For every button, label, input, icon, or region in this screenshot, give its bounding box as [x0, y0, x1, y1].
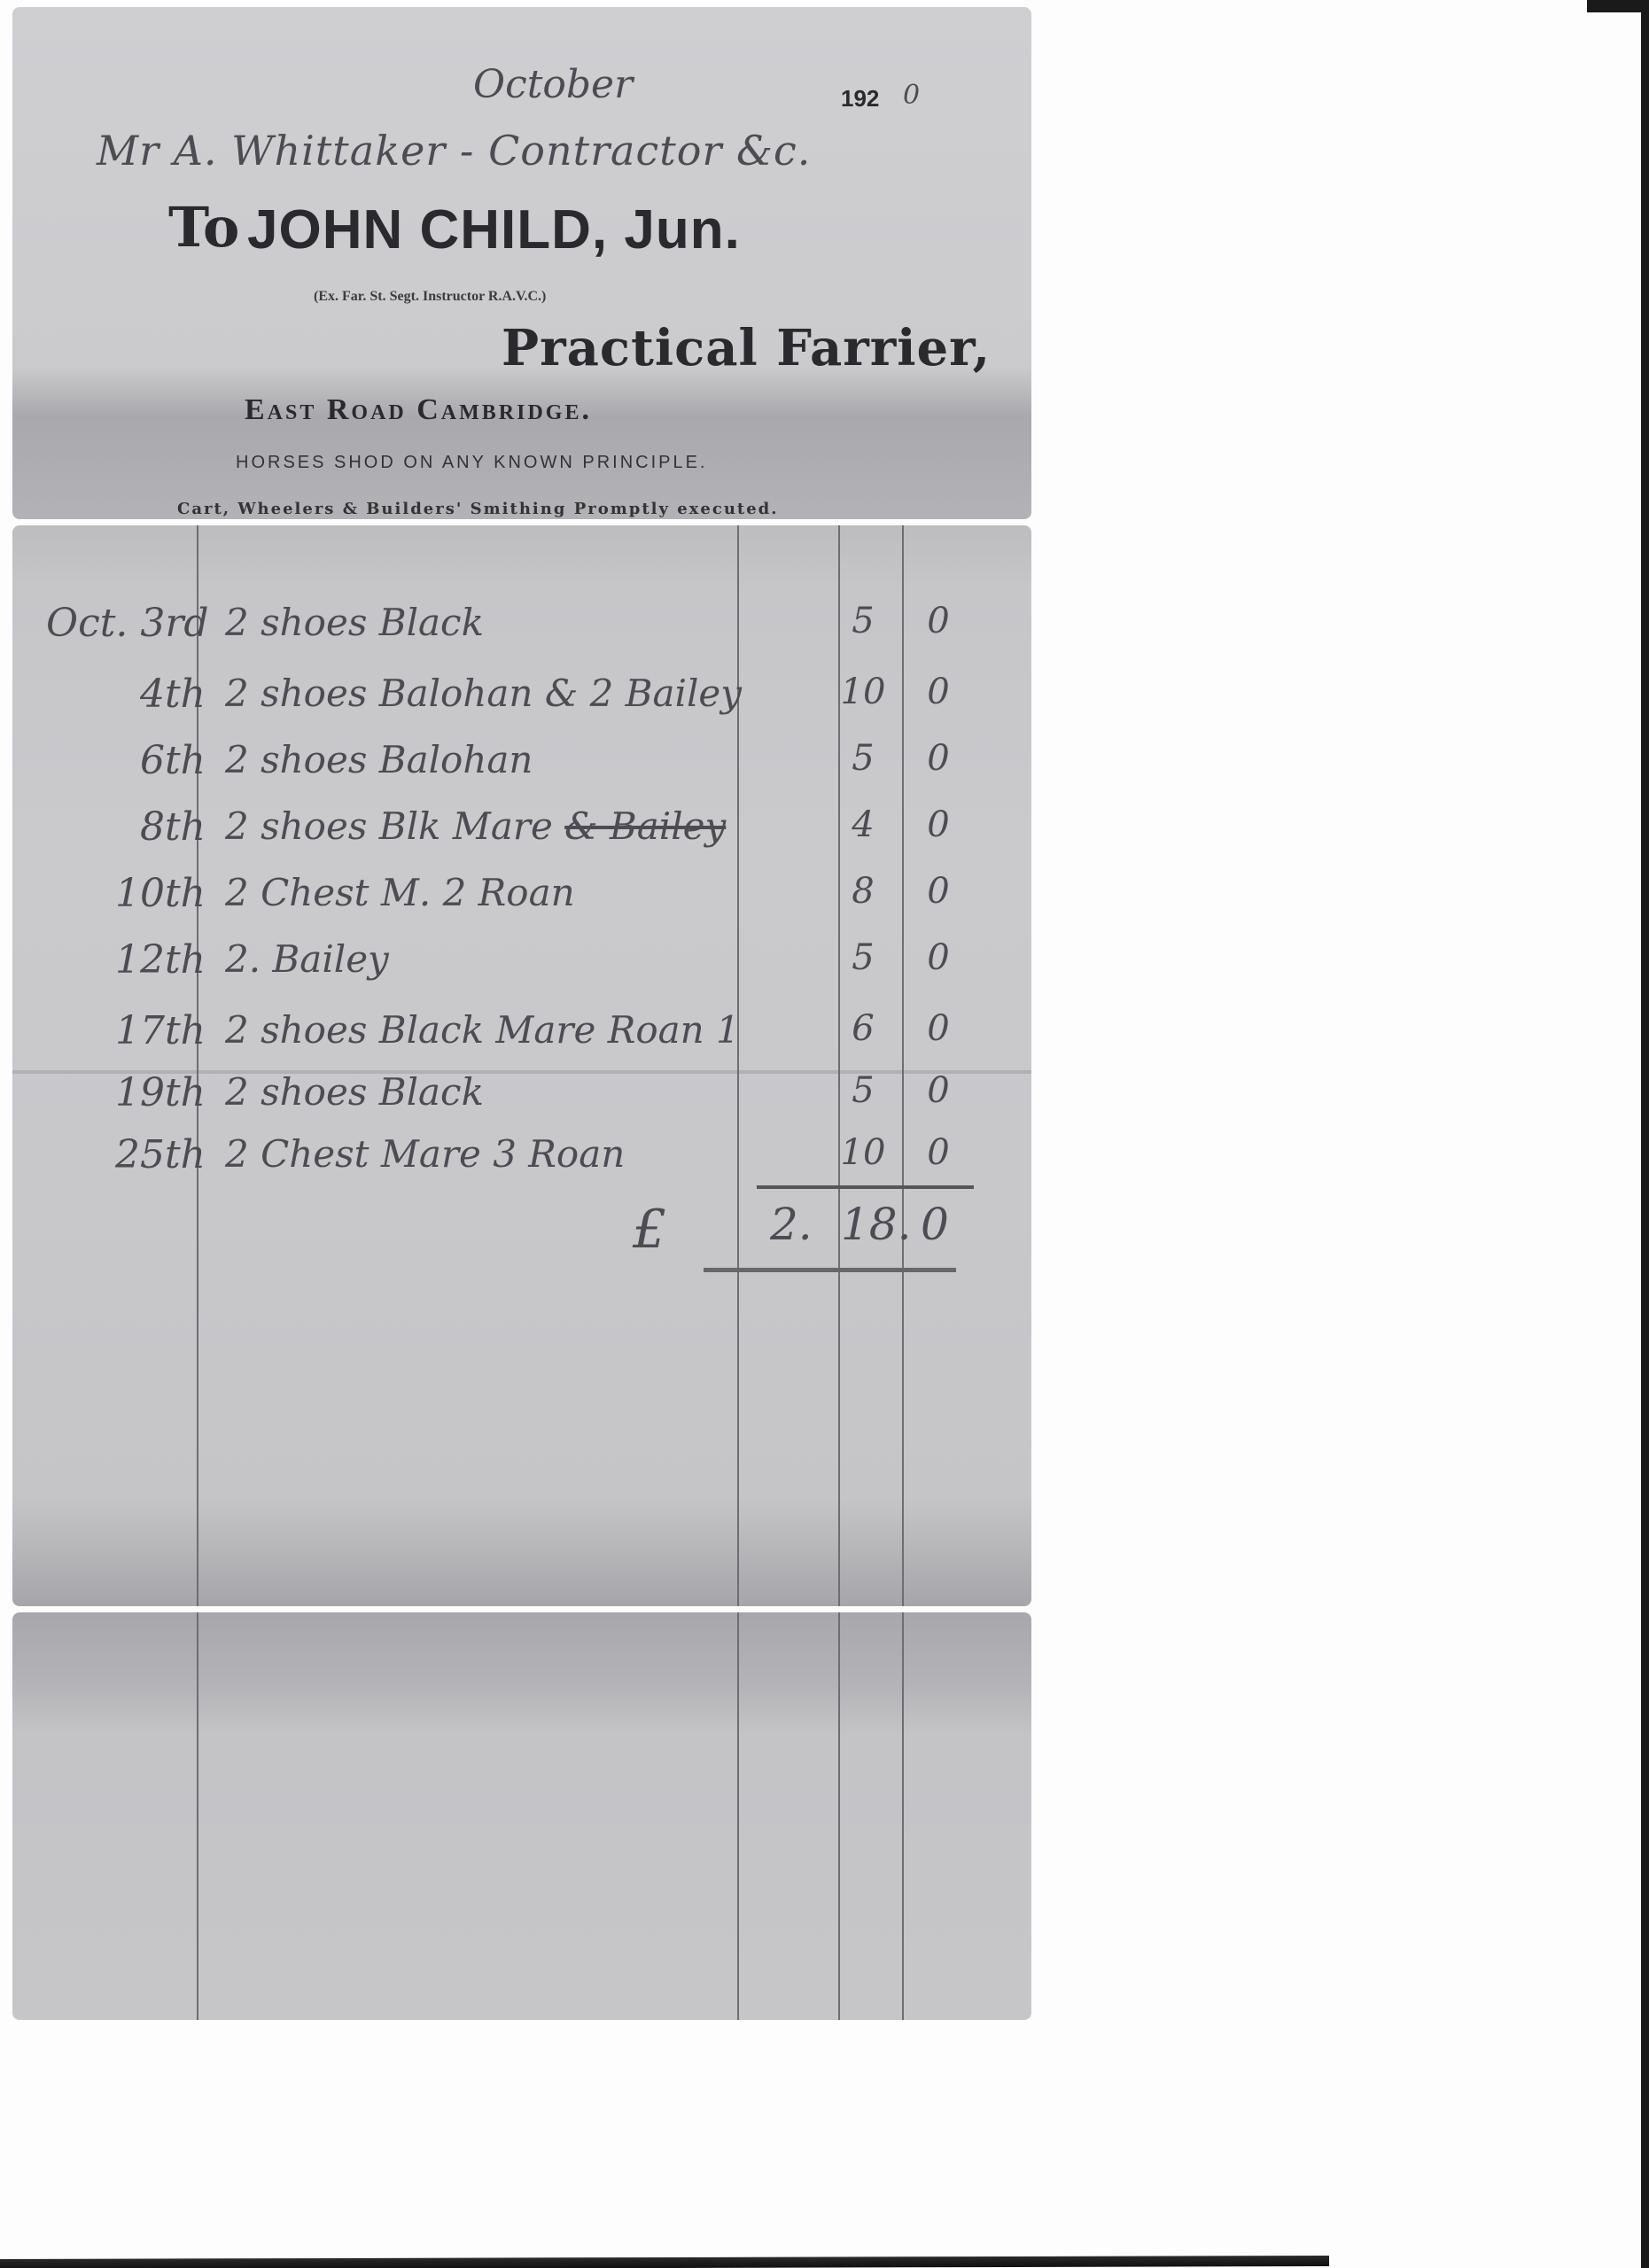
- to-prefix: To: [168, 195, 239, 260]
- line-item-pence: 0: [916, 937, 961, 978]
- firm-name: JOHN CHILD, Jun.: [247, 198, 741, 261]
- invoice-letterhead: October 192 0 Mr A. Whittaker - Contract…: [12, 7, 1031, 519]
- line-item-pence: 0: [916, 1132, 961, 1173]
- struck-text: & Bailey: [564, 804, 726, 848]
- line-item-date: 8th: [46, 804, 206, 850]
- line-item: 17th 2 shoes Black Mare Roan 1 6 0: [12, 1008, 1031, 1070]
- line-item-shillings: 10: [836, 1132, 890, 1173]
- invoice-lower-fold: [12, 1612, 1031, 2020]
- scanner-edge-right: [1641, 0, 1649, 2268]
- line-item-description: 2 shoes Balohan: [225, 738, 533, 781]
- line-item-description: 2 shoes Black Mare Roan 1: [225, 1008, 740, 1052]
- line-item: 4th 2 shoes Balohan & 2 Bailey 10 0: [12, 672, 1031, 734]
- total-pence: 0: [921, 1199, 949, 1250]
- line-item-shillings: 5: [836, 738, 890, 779]
- line-item-pence: 0: [916, 601, 961, 641]
- total-shillings: 18.: [841, 1199, 912, 1250]
- line-item-date: 4th: [46, 672, 206, 717]
- line-item: 19th 2 shoes Black 5 0: [12, 1070, 1031, 1132]
- line-item-shillings: 10: [836, 672, 890, 712]
- firm-trade: Practical Farrier,: [502, 319, 991, 377]
- invoice-total: £ 2. 18. 0: [12, 1199, 1031, 1270]
- line-item-description: 2 shoes Balohan & 2 Bailey: [225, 672, 742, 715]
- line-item-pence: 0: [916, 871, 961, 912]
- line-item-shillings: 6: [836, 1008, 890, 1049]
- line-item-date: 17th: [46, 1008, 206, 1053]
- line-item-date: 12th: [46, 937, 206, 983]
- invoice-year-printed: 192: [841, 85, 879, 113]
- pounds-column-divider: [737, 1612, 739, 2020]
- line-item-shillings: 5: [836, 601, 890, 641]
- date-column-divider: [197, 1612, 198, 2020]
- shillings-column-divider: [838, 1612, 840, 2020]
- firm-address: East Road Cambridge.: [245, 393, 592, 427]
- line-item-description: 2 shoes Black: [225, 601, 484, 644]
- line-item-description: 2 shoes Black: [225, 1070, 484, 1114]
- line-item-pence: 0: [916, 1008, 961, 1049]
- pence-column-divider: [902, 1612, 904, 2020]
- invoice-month: October: [473, 62, 633, 107]
- line-item-shillings: 4: [836, 804, 890, 845]
- line-item-shillings: 5: [836, 1070, 890, 1111]
- total-pounds: 2.: [770, 1199, 813, 1250]
- line-item-description: 2. Bailey: [225, 937, 389, 981]
- firm-motto: HORSES SHOD ON ANY KNOWN PRINCIPLE.: [236, 453, 708, 473]
- total-rule: [757, 1185, 974, 1189]
- line-item: 8th 2 shoes Blk Mare & Bailey 4 0: [12, 804, 1031, 866]
- line-item-description: 2 shoes Blk Mare & Bailey: [225, 804, 726, 848]
- line-item-description: 2 Chest M. 2 Roan: [225, 871, 575, 914]
- line-item-shillings: 5: [836, 937, 890, 978]
- line-item: 6th 2 shoes Balohan 5 0: [12, 738, 1031, 800]
- line-item-pence: 0: [916, 1070, 961, 1111]
- line-item-description: 2 Chest Mare 3 Roan: [225, 1132, 625, 1176]
- invoice-year-handwritten: 0: [903, 80, 920, 111]
- firm-credentials: (Ex. Far. St. Segt. Instructor R.A.V.C.): [314, 289, 546, 305]
- line-item-pence: 0: [916, 738, 961, 779]
- invoice-document: October 192 0 Mr A. Whittaker - Contract…: [12, 7, 1031, 2020]
- line-item-date: 10th: [46, 871, 206, 916]
- line-item: 10th 2 Chest M. 2 Roan 8 0: [12, 871, 1031, 933]
- line-item-pence: 0: [916, 804, 961, 845]
- line-item-pence: 0: [916, 672, 961, 712]
- line-item-date: 6th: [46, 738, 206, 783]
- scanner-edge-bottom: [0, 2256, 1329, 2268]
- total-double-underline: [704, 1268, 956, 1272]
- line-item-date: 19th: [46, 1070, 206, 1115]
- line-item: Oct. 3rd 2 shoes Black 5 0: [12, 601, 1031, 663]
- line-item-date: Oct. 3rd: [46, 601, 206, 646]
- scanner-edge-top: [1587, 0, 1649, 12]
- invoice-ledger: Oct. 3rd 2 shoes Black 5 0 4th 2 shoes B…: [12, 525, 1031, 1606]
- customer-name: Mr A. Whittaker - Contractor &c.: [97, 127, 811, 175]
- line-item-date: 25th: [46, 1132, 206, 1177]
- line-item-shillings: 8: [836, 871, 890, 912]
- line-item: 12th 2. Bailey 5 0: [12, 937, 1031, 999]
- firm-services: Cart, Wheelers & Builders' Smithing Prom…: [177, 500, 779, 518]
- currency-symbol: £: [633, 1199, 666, 1261]
